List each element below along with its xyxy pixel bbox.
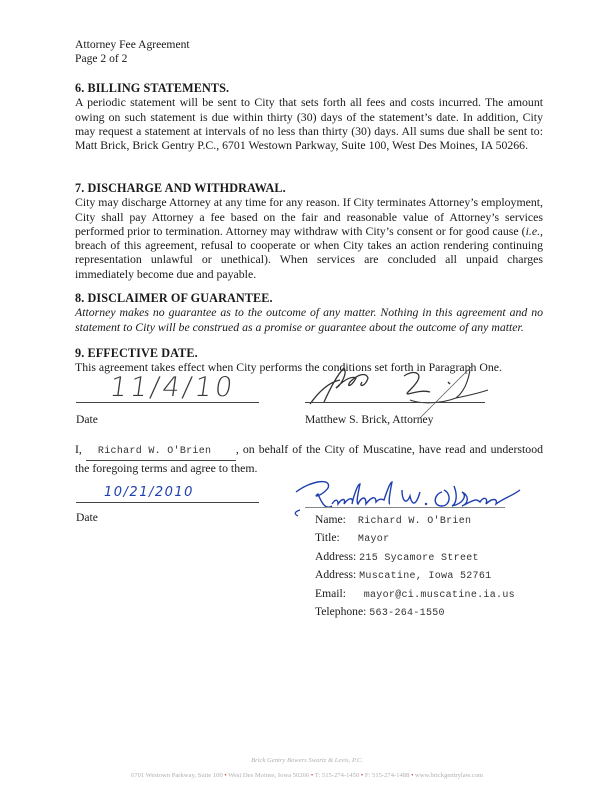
footer-address: 6701 Westown Parkway, Suite 100 <box>131 772 223 779</box>
section-billing-statements: 6. BILLING STATEMENTS. A periodic statem… <box>75 81 543 152</box>
footer-city: West Des Moines, Iowa 50266 <box>228 772 309 779</box>
signature-line-attorney <box>305 402 485 403</box>
date-label: Date <box>76 511 98 524</box>
section-disclaimer: 8. DISCLAIMER OF GUARANTEE. Attorney mak… <box>75 291 543 334</box>
signature-line-mayor <box>305 507 505 508</box>
section-heading: 6. BILLING STATEMENTS. <box>75 81 543 95</box>
date-line-city <box>76 502 259 503</box>
info-row-email: Email: mayor@ci.muscatine.ia.us <box>315 586 515 604</box>
handwritten-date-attorney: 11/4/10 <box>108 372 237 403</box>
info-row-title: Title: Mayor <box>315 530 515 548</box>
page-number: Page 2 of 2 <box>75 52 190 66</box>
footer-firm-name: Brick Gentry Bowers Swartz & Levis, P.C. <box>0 757 614 764</box>
info-row-telephone: Telephone: 563-264-1550 <box>315 604 515 622</box>
section-discharge-withdrawal: 7. DISCHARGE AND WITHDRAWAL. City may di… <box>75 181 543 281</box>
section-heading: 7. DISCHARGE AND WITHDRAWAL. <box>75 181 543 195</box>
attorney-name-label: Matthew S. Brick, Attorney <box>305 413 433 426</box>
section-body: A periodic statement will be sent to Cit… <box>75 95 543 152</box>
bullet-icon: • <box>224 772 226 779</box>
bullet-icon: • <box>361 772 363 779</box>
section-heading: 9. EFFECTIVE DATE. <box>75 346 543 360</box>
date-label: Date <box>76 413 98 426</box>
footer-fax: F: 515-274-1488 <box>365 772 410 779</box>
attorney-signature <box>300 360 500 420</box>
footer-phone: T: 515-274-1450 <box>315 772 360 779</box>
section-body: City may discharge Attorney at any time … <box>75 195 543 281</box>
page-header: Attorney Fee Agreement Page 2 of 2 <box>75 38 190 66</box>
info-row-address-1: Address: 215 Sycamore Street <box>315 549 515 567</box>
section-body: Attorney makes no guarantee as to the ou… <box>75 305 543 334</box>
section-heading: 8. DISCLAIMER OF GUARANTEE. <box>75 291 543 305</box>
document-page: Attorney Fee Agreement Page 2 of 2 6. BI… <box>0 0 614 800</box>
bullet-icon: • <box>411 772 413 779</box>
info-row-name: Name: Richard W. O'Brien <box>315 512 515 530</box>
ack-prefix: I, <box>75 442 82 456</box>
typed-name-field: Richard W. O'Brien <box>86 445 236 461</box>
bullet-icon: • <box>311 772 313 779</box>
acknowledgement-text: I, Richard W. O'Brien, on behalf of the … <box>75 442 543 475</box>
mayor-contact-info: Name: Richard W. O'Brien Title: Mayor Ad… <box>315 512 515 622</box>
info-row-address-2: Address: Muscatine, Iowa 52761 <box>315 567 515 585</box>
body-text: City may discharge Attorney at any time … <box>75 195 543 238</box>
date-line-attorney <box>76 402 259 403</box>
document-title: Attorney Fee Agreement <box>75 38 190 52</box>
handwritten-date-city: 10/21/2010 <box>104 485 194 500</box>
footer-website-link[interactable]: www.brickgentrylaw.com <box>415 772 483 779</box>
body-text-italic: i.e. <box>526 224 540 238</box>
footer-contact-line: 6701 Westown Parkway, Suite 100 • West D… <box>0 772 614 779</box>
